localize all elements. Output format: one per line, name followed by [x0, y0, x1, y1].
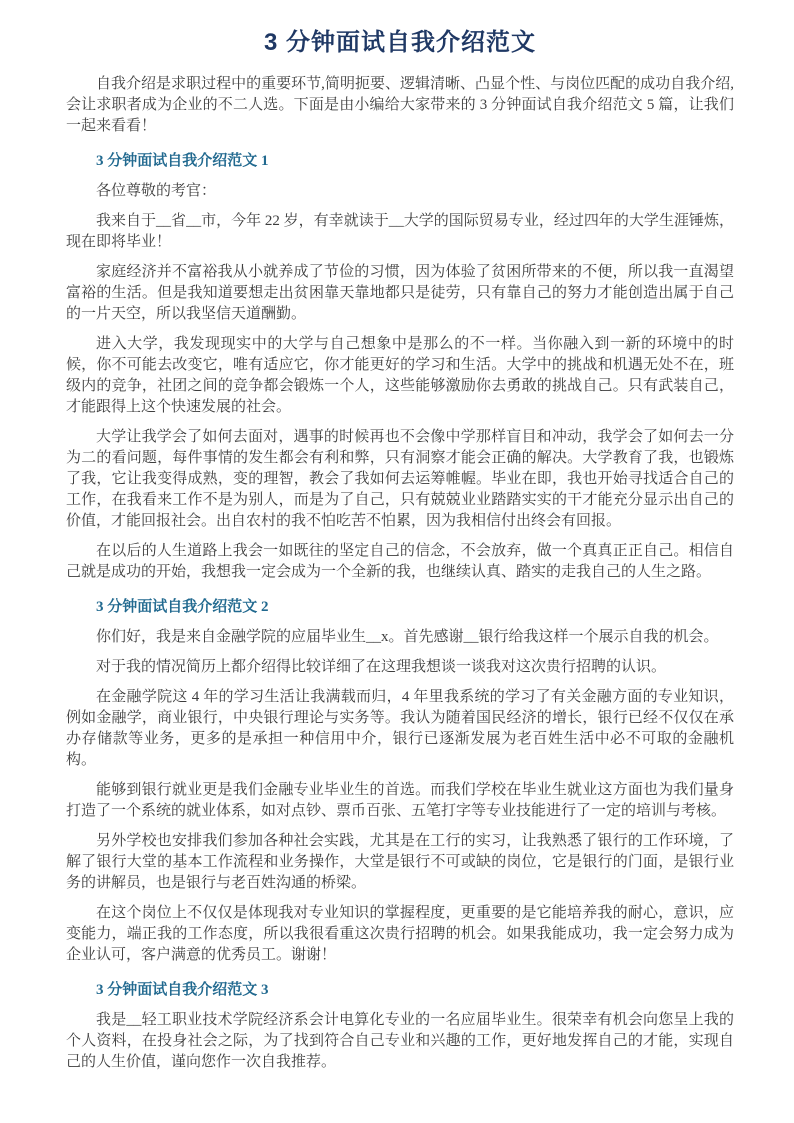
paragraph: 进入大学，我发现现实中的大学与自己想象中是那么的不一样。当你融入到一新的环境中的… — [66, 334, 734, 418]
document-title: 3 分钟面试自我介绍范文 — [66, 26, 734, 60]
paragraph: 你们好，我是来自金融学院的应届毕业生__x。首先感谢__银行给我这样一个展示自我… — [66, 627, 734, 648]
paragraph: 在这个岗位上不仅仅是体现我对专业知识的掌握程度，更重要的是它能培养我的耐心，意识… — [66, 903, 734, 966]
intro-paragraph: 自我介绍是求职过程中的重要环节,简明扼要、逻辑清晰、凸显个性、与岗位匹配的成功自… — [66, 74, 734, 137]
paragraph: 各位尊敬的考官： — [66, 181, 734, 202]
paragraph: 在以后的人生道路上我会一如既往的坚定自己的信念，不会放弃，做一个真真正正自己。相… — [66, 541, 734, 583]
paragraph: 我是__轻工职业技术学院经济系会计电算化专业的一名应届毕业生。很荣幸有机会向您呈… — [66, 1010, 734, 1073]
paragraph: 能够到银行就业更是我们金融专业毕业生的首选。而我们学校在毕业生就业这方面也为我们… — [66, 780, 734, 822]
section-heading-2: 3 分钟面试自我介绍范文 2 — [66, 597, 734, 618]
paragraph: 我来自于__省__市，今年 22 岁，有幸就读于__大学的国际贸易专业，经过四年… — [66, 211, 734, 253]
paragraph: 在金融学院这 4 年的学习生活让我满载而归，4 年里我系统的学习了有关金融方面的… — [66, 687, 734, 771]
document-content: 3 分钟面试自我介绍范文 自我介绍是求职过程中的重要环节,简明扼要、逻辑清晰、凸… — [0, 0, 794, 1073]
paragraph: 家庭经济并不富裕我从小就养成了节俭的习惯，因为体验了贫困所带来的不便，所以我一直… — [66, 262, 734, 325]
section-heading-1: 3 分钟面试自我介绍范文 1 — [66, 151, 734, 172]
paragraph: 对于我的情况简历上都介绍得比较详细了在这理我想谈一谈我对这次贵行招聘的认识。 — [66, 657, 734, 678]
paragraph: 大学让我学会了如何去面对，遇事的时候再也不会像中学那样盲目和冲动，我学会了如何去… — [66, 427, 734, 532]
section-heading-3: 3 分钟面试自我介绍范文 3 — [66, 980, 734, 1001]
paragraph: 另外学校也安排我们参加各种社会实践，尤其是在工行的实习，让我熟悉了银行的工作环境… — [66, 831, 734, 894]
document-page: 3 分钟面试自我介绍范文 自我介绍是求职过程中的重要环节,简明扼要、逻辑清晰、凸… — [0, 0, 794, 1123]
